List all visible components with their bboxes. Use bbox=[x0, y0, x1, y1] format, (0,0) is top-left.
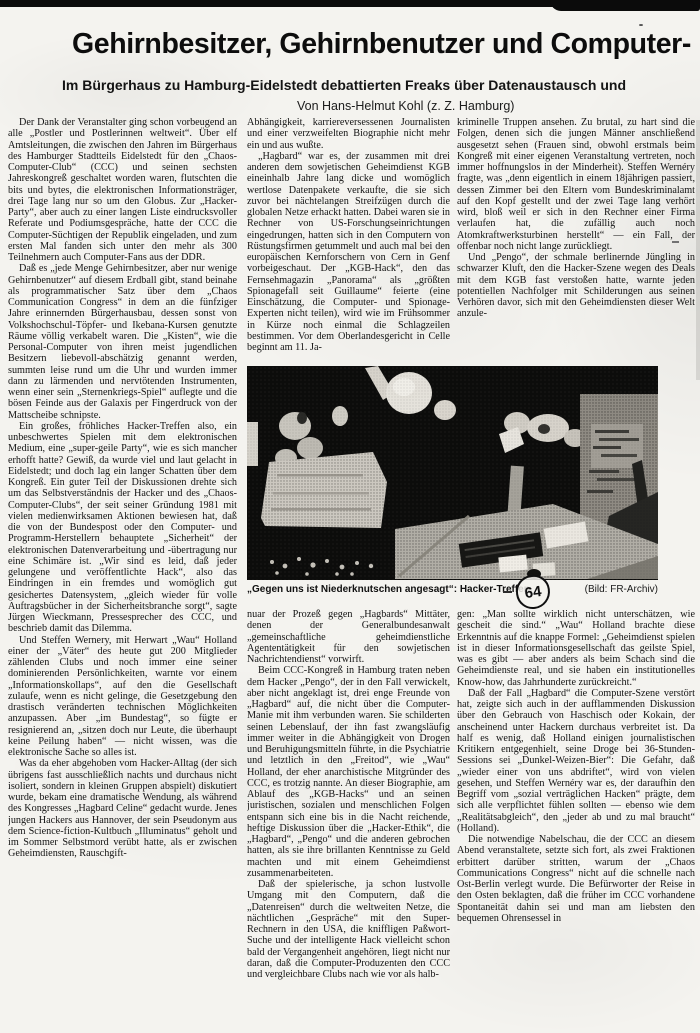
top-rule bbox=[0, 0, 700, 7]
article-column-3-bottom: gen: „Man sollte wirklich nicht untersch… bbox=[457, 609, 695, 1009]
subheadline: Im Bürgerhaus zu Hamburg-Eidelstedt deba… bbox=[62, 77, 662, 93]
article-column-2-top: Abhängigkeit, karriereversessenen Journa… bbox=[247, 117, 450, 365]
paragraph: Und Steffen Wernery, mit Herwart „Wau“ H… bbox=[8, 635, 237, 759]
page-number: 64 bbox=[524, 582, 543, 601]
headline: Gehirnbesitzer, Gehirnbenutzer und Compu… bbox=[72, 28, 700, 61]
scan-edge-shade bbox=[696, 120, 700, 380]
paragraph: Beim CCC-Kongreß in Hamburg traten neben… bbox=[247, 665, 450, 879]
paragraph: Daß der Fall „Hagbard“ die Computer-Szen… bbox=[457, 688, 695, 834]
photo-credit: (Bild: FR-Archiv) bbox=[585, 584, 658, 595]
paragraph: Ein großes, fröhliches Hacker-Treffen al… bbox=[8, 421, 237, 635]
byline: Von Hans-Helmut Kohl (z. Z. Hamburg) bbox=[297, 99, 514, 113]
paragraph: „Hagbard“ war es, der zusammen mit drei … bbox=[247, 151, 450, 354]
paragraph: Und „Pengo“, der schmale berlinernde Jün… bbox=[457, 252, 695, 320]
scan-dash-mark bbox=[503, 591, 512, 593]
article-column-1: Der Dank der Veranstalter ging schon vor… bbox=[8, 117, 237, 995]
paragraph: Abhängigkeit, karriereversessenen Journa… bbox=[247, 117, 450, 151]
paragraph: nuar der Prozeß gegen „Hagbards“ Mittäte… bbox=[247, 609, 450, 665]
scan-speck bbox=[639, 24, 643, 26]
paragraph: Die notwendige Nabelschau, die der CCC a… bbox=[457, 834, 695, 924]
photo-caption: „Gegen uns ist Niederknutschen angesagt“… bbox=[247, 584, 533, 595]
hacker-meeting-photo bbox=[247, 366, 658, 580]
article-column-2-bottom: nuar der Prozeß gegen „Hagbards“ Mittäte… bbox=[247, 609, 450, 1021]
article-column-3-top: kriminelle Truppen ansehen. Zu brutal, z… bbox=[457, 117, 695, 365]
paragraph: gen: „Man sollte wirklich nicht untersch… bbox=[457, 609, 695, 688]
paragraph: Daß der spielerische, ja schon lustvolle… bbox=[247, 879, 450, 980]
paragraph: kriminelle Truppen ansehen. Zu brutal, z… bbox=[457, 117, 695, 252]
paragraph: Was da eher abgehoben vom Hacker-Alltag … bbox=[8, 758, 237, 859]
photo-caption-row: „Gegen uns ist Niederknutschen angesagt“… bbox=[247, 584, 658, 600]
paragraph: Daß es „jede Menge Gehirnbesitzer, aber … bbox=[8, 263, 237, 421]
paragraph: Der Dank der Veranstalter ging schon vor… bbox=[8, 117, 237, 263]
